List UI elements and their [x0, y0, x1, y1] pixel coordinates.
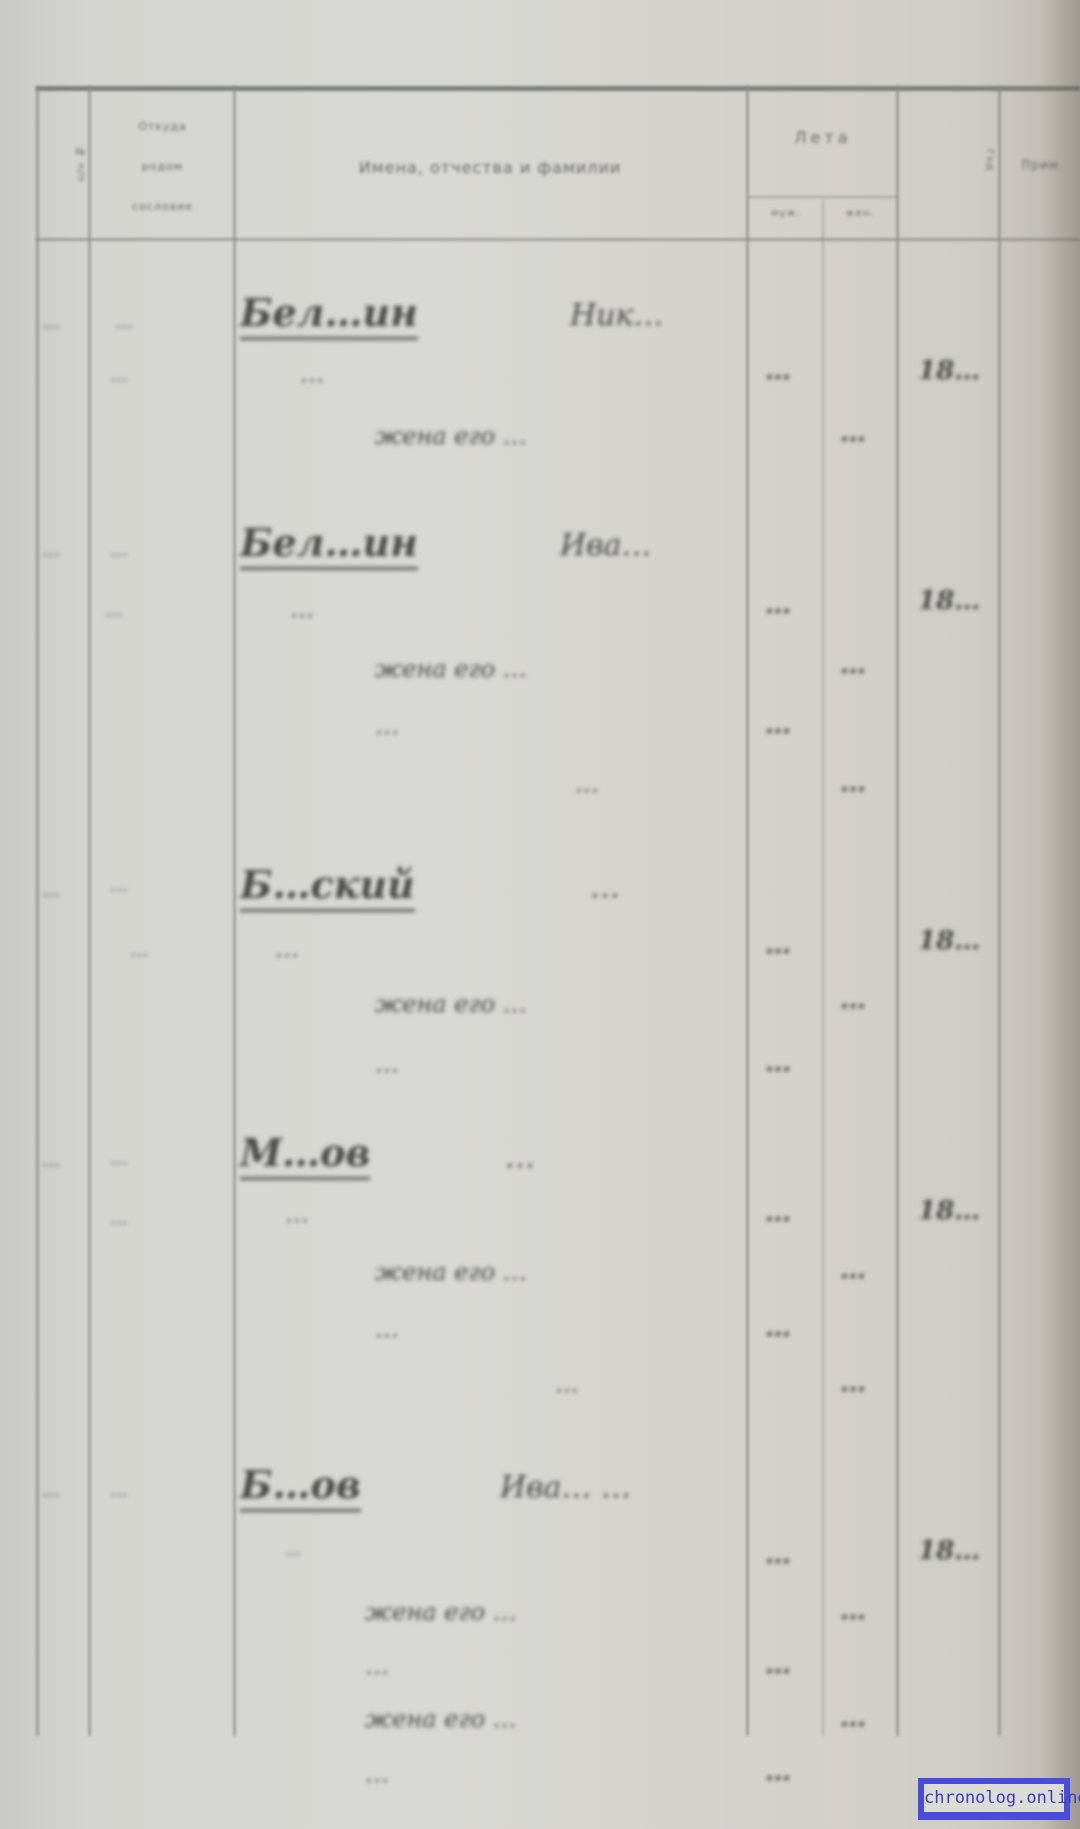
col-border-age: [896, 86, 899, 1736]
entry-2-member-1: …: [290, 595, 314, 623]
entry-5-member-3: …: [365, 1652, 389, 1680]
entry-4-member-2-female: …: [840, 1255, 866, 1285]
entry-3-given: …: [590, 870, 620, 905]
entry-2-origin-2: …: [105, 600, 123, 621]
entry-5-member-1: …: [285, 1540, 301, 1559]
entry-5-given: Ива… …: [500, 1470, 631, 1505]
entry-5-member-4: жена его …: [365, 1705, 517, 1733]
entry-3-number: …: [42, 880, 60, 901]
entry-4-member-1: …: [285, 1200, 309, 1228]
entry-4-member-3-male: …: [765, 1313, 791, 1343]
header-age-male: муж.: [752, 208, 820, 219]
entry-5-number: …: [42, 1480, 60, 1501]
col-border-origin: [233, 86, 236, 1736]
entry-5-member-5: …: [365, 1760, 389, 1788]
entry-4-member-4-female: …: [840, 1368, 866, 1398]
entry-5-member-5-male: …: [765, 1757, 791, 1787]
entry-2-surname: Бел…ин: [240, 520, 418, 570]
entry-3-member-3: …: [375, 1050, 399, 1078]
entry-2-member-2: жена его …: [375, 655, 527, 683]
header-origin-3: сословие: [95, 200, 230, 213]
entry-4-member-4: …: [555, 1370, 579, 1398]
entry-2-given: Ива…: [560, 528, 652, 563]
entry-1-member-1: …: [300, 360, 324, 388]
register-page: № п/п Откуда родом сословие Имена, отчес…: [0, 0, 1080, 1829]
entry-2-number: …: [42, 540, 60, 561]
entry-5-surname: Б…ов: [240, 1462, 361, 1512]
entry-2-origin: …: [110, 540, 128, 561]
entry-5-year: 18…: [918, 1536, 980, 1566]
entry-3-origin: …: [110, 875, 128, 896]
header-age-female: жен.: [826, 208, 894, 219]
entry-1-given: Ник…: [570, 298, 663, 333]
entry-1-number: …: [42, 312, 60, 333]
header-names: Имена, отчества и фамилии: [240, 158, 740, 177]
header-age: Лета: [750, 128, 896, 147]
entry-3-year: 18…: [918, 926, 980, 956]
entry-5-member-4-female: …: [840, 1703, 866, 1733]
entry-5-member-2: жена его …: [365, 1598, 517, 1626]
entry-3-member-2: жена его …: [375, 990, 527, 1018]
age-subheader-line: [748, 196, 898, 198]
col-border-year: [998, 86, 1001, 1736]
entry-3-surname: Б…ский: [240, 862, 415, 912]
entry-4-number: …: [42, 1150, 60, 1171]
entry-2-member-3-male: …: [765, 710, 791, 740]
entry-1-surname: Бел…ин: [240, 290, 418, 340]
entry-5-member-3-male: …: [765, 1650, 791, 1680]
entry-4-surname: М…ов: [240, 1130, 370, 1180]
watermark-badge: chronolog.online: [918, 1778, 1070, 1820]
entry-3-member-1: …: [275, 935, 299, 963]
entry-3-member-3-male: …: [765, 1048, 791, 1078]
entry-2-member-2-female: …: [840, 650, 866, 680]
page-binding-shadow: [1040, 0, 1080, 1829]
entry-1-year: 18…: [918, 356, 980, 386]
entry-1-origin-2: …: [110, 365, 128, 386]
entry-2-member-4: …: [575, 770, 599, 798]
entry-4-member-3: …: [375, 1315, 399, 1343]
entry-1-member-1-male: …: [765, 356, 791, 386]
entry-2-member-3: …: [375, 712, 399, 740]
col-border-age-mid: [822, 200, 824, 1736]
header-year: Год: [905, 100, 995, 220]
entry-3-origin-2: …: [130, 940, 148, 961]
entry-3-member-1-male: …: [765, 930, 791, 960]
entry-5-member-2-female: …: [840, 1596, 866, 1626]
col-border-names: [746, 86, 749, 1736]
entry-2-year: 18…: [918, 586, 980, 616]
header-origin-2: родом: [95, 160, 230, 173]
entry-4-year: 18…: [918, 1196, 980, 1226]
entry-3-member-2-female: …: [840, 985, 866, 1015]
watermark-text: chronolog.online: [924, 1784, 1064, 1812]
entry-4-given: …: [505, 1140, 535, 1175]
entry-2-member-1-male: …: [765, 590, 791, 620]
entry-1-origin: …: [115, 312, 133, 333]
header-number: № п/п: [40, 110, 86, 220]
entry-4-origin: …: [110, 1148, 128, 1169]
entry-5-origin: …: [110, 1480, 128, 1501]
entry-1-member-2-female: …: [840, 418, 866, 448]
header-bottom-border: [36, 238, 1080, 241]
col-border-number: [88, 86, 91, 1736]
entry-4-member-2: жена его …: [375, 1258, 527, 1286]
col-border-left: [36, 86, 39, 1736]
entry-1-member-2: жена его …: [375, 422, 527, 450]
header-origin-1: Откуда: [95, 120, 230, 133]
entry-4-member-1-male: …: [765, 1198, 791, 1228]
entry-5-member-1-male: …: [765, 1540, 791, 1570]
entry-2-member-4-female: …: [840, 768, 866, 798]
entry-4-origin-2: …: [110, 1208, 128, 1229]
table-top-border: [36, 86, 1080, 91]
